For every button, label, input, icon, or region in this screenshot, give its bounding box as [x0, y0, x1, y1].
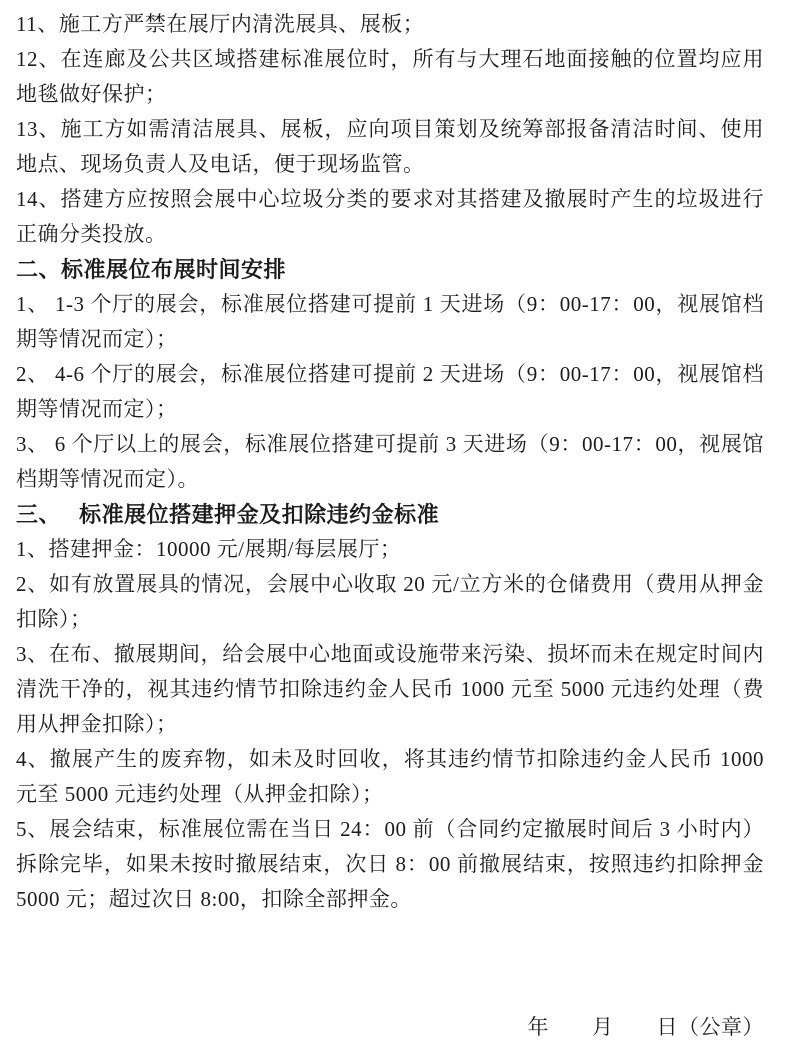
section-heading-3: 三、 标准展位搭建押金及扣除违约金标准 — [16, 497, 764, 532]
deposit-item-3: 3、在布、撤展期间，给会展中心地面或设施带来污染、损坏而未在规定时间内清洗干净的… — [16, 637, 764, 742]
section-heading-2: 二、标准展位布展时间安排 — [16, 252, 764, 287]
schedule-item-3: 3、 6 个厅以上的展会，标准展位搭建可提前 3 天进场（9：00-17：00，… — [16, 427, 764, 497]
signature-date-line: 年 月 日（公章） — [16, 1010, 764, 1045]
schedule-item-2: 2、 4-6 个厅的展会，标准展位搭建可提前 2 天进场（9：00-17：00，… — [16, 357, 764, 427]
deposit-item-1: 1、搭建押金：10000 元/展期/每层展厅； — [16, 532, 764, 567]
rule-item-12: 12、在连廊及公共区域搭建标准展位时，所有与大理石地面接触的位置均应用地毯做好保… — [16, 42, 764, 112]
schedule-item-1: 1、 1-3 个厅的展会，标准展位搭建可提前 1 天进场（9：00-17：00，… — [16, 287, 764, 357]
rule-item-14: 14、搭建方应按照会展中心垃圾分类的要求对其搭建及撤展时产生的垃圾进行正确分类投… — [16, 182, 764, 252]
rule-item-11: 11、施工方严禁在展厅内清洗展具、展板； — [16, 7, 764, 42]
document-page: 11、施工方严禁在展厅内清洗展具、展板； 12、在连廊及公共区域搭建标准展位时，… — [0, 0, 788, 1062]
deposit-item-2: 2、如有放置展具的情况，会展中心收取 20 元/立方米的仓储费用（费用从押金扣除… — [16, 567, 764, 637]
deposit-item-5: 5、展会结束，标准展位需在当日 24：00 前（合同约定撤展时间后 3 小时内）… — [16, 812, 764, 917]
rule-item-13: 13、施工方如需清洁展具、展板，应向项目策划及统筹部报备清洁时间、使用地点、现场… — [16, 112, 764, 182]
deposit-item-4: 4、撤展产生的废弃物，如未及时回收，将其违约情节扣除违约金人民币 1000 元至… — [16, 742, 764, 812]
